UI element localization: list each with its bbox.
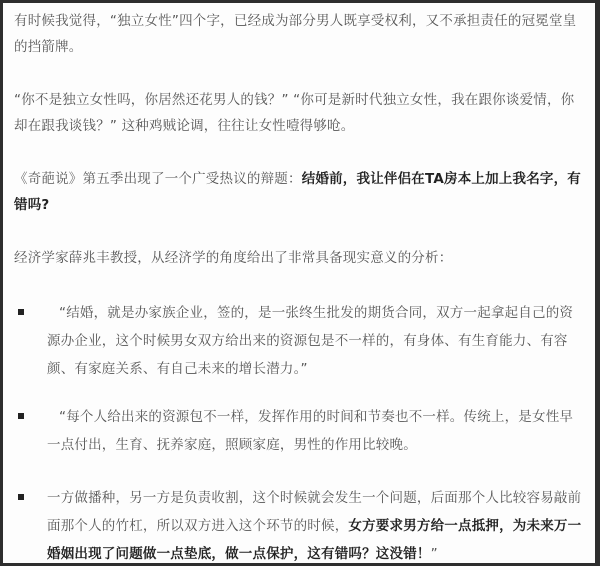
article-frame: 有时候我觉得，“独立女性”四个字，已经成为部分男人既享受权利，又不承担责任的冠冕… xyxy=(3,3,595,563)
paragraph-quotes: “你不是独立女性吗，你居然还花男人的钱？” “你可是新时代独立女性，我在跟你谈爱… xyxy=(14,87,584,139)
paragraph-intro: 有时候我觉得，“独立女性”四个字，已经成为部分男人既享受权利，又不承担责任的冠冕… xyxy=(14,8,584,60)
paragraph-debate-topic: 《奇葩说》第五季出现了一个广受热议的辩题：结婚前，我让伴侣在TA房本上加上我名字… xyxy=(14,166,584,218)
square-bullet-icon xyxy=(18,309,24,315)
bullet-text: 一方做播种，另一方是负责收割，这个时候就会发生一个问题，后面那个人比较容易敲前面… xyxy=(47,484,584,566)
square-bullet-icon xyxy=(18,413,24,419)
bullet-text: “结婚，就是办家族企业，签的，是一张终生批发的期货合同，双方一起拿起自己的资源办… xyxy=(47,299,584,383)
paragraph-text: 有时候我觉得，“独立女性”四个字，已经成为部分男人既享受权利，又不承担责任的冠冕… xyxy=(14,13,576,55)
paragraph-economist-intro: 经济学家薛兆丰教授，从经济学的角度给出了非常具备现实意义的分析： xyxy=(14,245,584,271)
paragraph-text: 《奇葩说》第五季出现了一个广受热议的辩题： xyxy=(14,171,302,187)
paragraph-text: “你不是独立女性吗，你居然还花男人的钱？” “你可是新时代独立女性，我在跟你谈爱… xyxy=(14,92,574,134)
bullet-text-plain: “结婚，就是办家族企业，签的，是一张终生批发的期货合同，双方一起拿起自己的资源办… xyxy=(47,305,573,377)
closing-quote: ” xyxy=(431,546,438,562)
paragraph-text: 经济学家薛兆丰教授，从经济学的角度给出了非常具备现实意义的分析： xyxy=(14,250,452,266)
bullet-text: “每个人给出来的资源包不一样，发挥作用的时间和节奏也不一样。传统上，是女性早一点… xyxy=(47,403,584,459)
bullet-text-plain: “每个人给出来的资源包不一样，发挥作用的时间和节奏也不一样。传统上，是女性早一点… xyxy=(47,409,573,453)
square-bullet-icon xyxy=(18,494,24,500)
